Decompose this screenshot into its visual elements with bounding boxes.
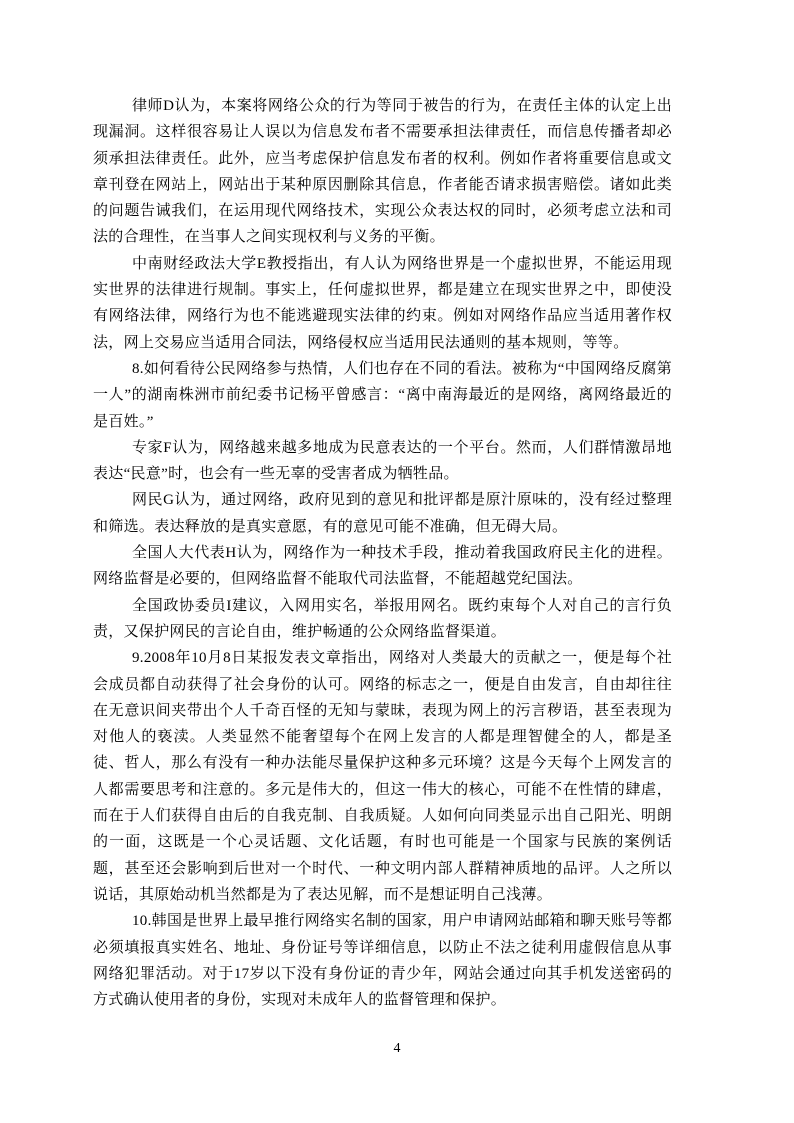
paragraph-item-8: 8.如何看待公民网络参与热情，人们也存在不同的看法。被称为“中国网络反腐第一人”…	[93, 356, 672, 435]
paragraph-item-10: 10.韩国是世界上最早推行网络实名制的国家，用户申请网站邮箱和聊天账号等都必须填…	[93, 908, 672, 1013]
paragraph-npc-deputy-h-opinion: 全国人大代表H认为，网络作为一种技术手段，推动着我国政府民主化的进程。网络监督是…	[93, 540, 672, 593]
paragraph-cppcc-member-i-suggestion: 全国政协委员I建议，入网用实名，举报用网名。既约束每个人对自己的言行负责，又保护…	[93, 593, 672, 646]
page-number: 4	[0, 1040, 794, 1058]
paragraph-item-9: 9.2008年10月8日某报发表文章指出，网络对人类最大的贡献之一，便是每个社会…	[93, 645, 672, 908]
document-body: 律师D认为，本案将网络公众的行为等同于被告的行为，在责任主体的认定上出现漏洞。这…	[93, 93, 672, 1013]
paragraph-lawyer-d-opinion: 律师D认为，本案将网络公众的行为等同于被告的行为，在责任主体的认定上出现漏洞。这…	[93, 93, 672, 251]
paragraph-netizen-g-opinion: 网民G认为，通过网络，政府见到的意见和批评都是原汁原味的，没有经过整理和筛选。表…	[93, 487, 672, 540]
document-page: 律师D认为，本案将网络公众的行为等同于被告的行为，在责任主体的认定上出现漏洞。这…	[0, 0, 794, 1123]
paragraph-professor-e-opinion: 中南财经政法大学E教授指出，有人认为网络世界是一个虚拟世界，不能运用现实世界的法…	[93, 251, 672, 356]
paragraph-expert-f-opinion: 专家F认为，网络越来越多地成为民意表达的一个平台。然而，人们群情激昂地表达“民意…	[93, 435, 672, 488]
